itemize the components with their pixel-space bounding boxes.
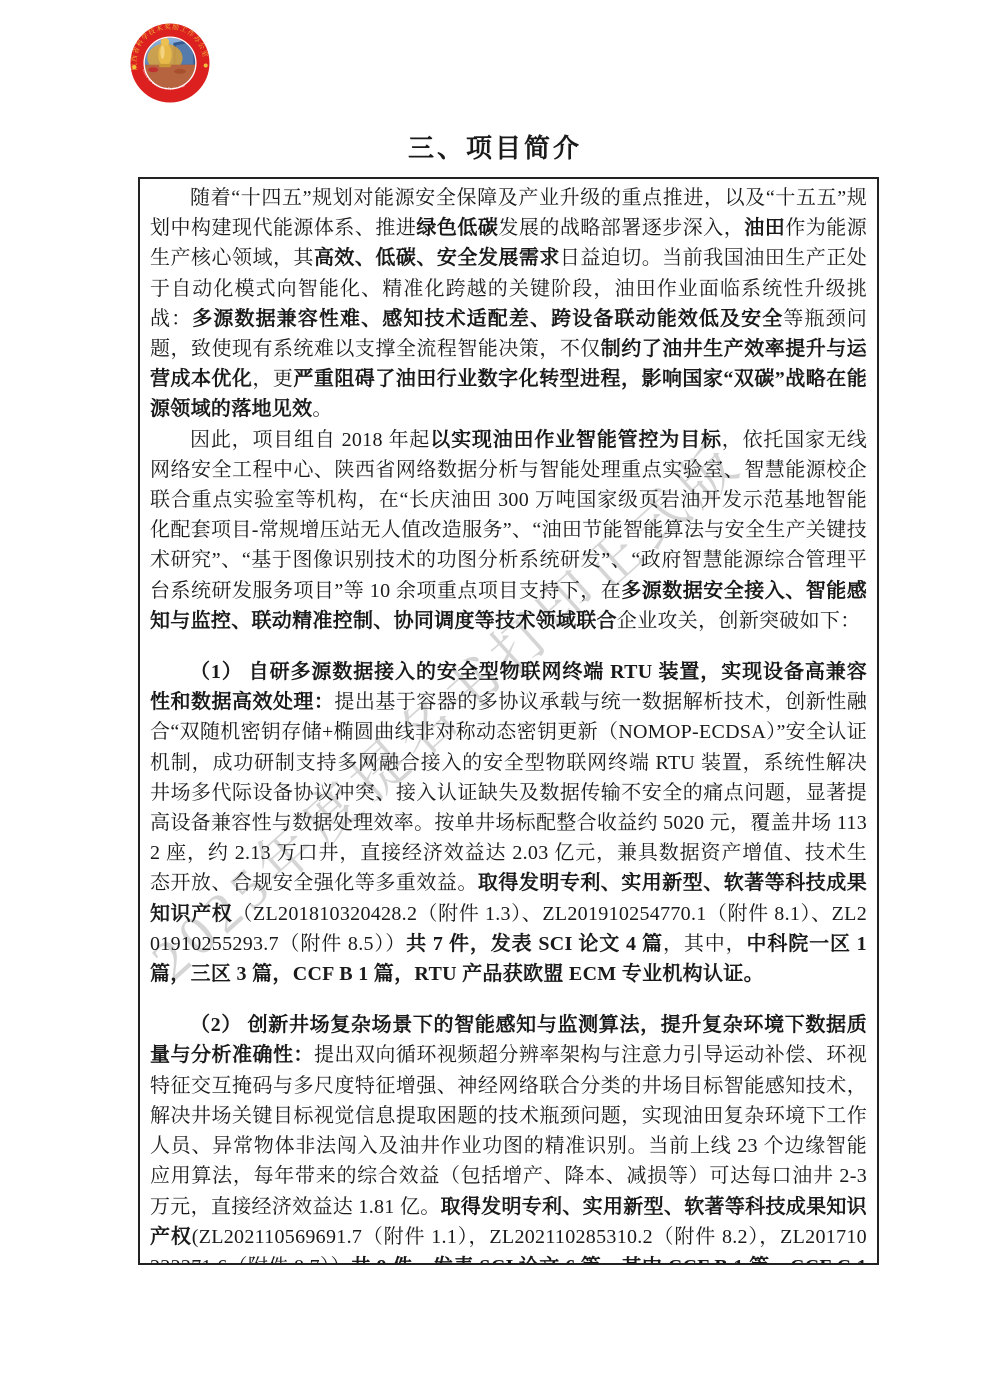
paragraph: （1） 自研多源数据接入的安全型物联网终端 RTU 装置，实现设备高兼容性和数据… [150,657,867,989]
section-title: 三、项目简介 [0,128,990,165]
body-text: 企业攻关，创新突破如下： [617,610,861,632]
paragraph: （2） 创新井场复杂场景下的智能感知与监测算法，提升复杂环境下数据质量与分析准确… [150,1010,867,1265]
document-page: 2025年度提名书打印正式版 [0,0,990,1399]
body-text: 。 [312,398,332,420]
emphasis-text: 高效、低碳、安全发展需求 [314,247,560,269]
emphasis-text: 油田 [744,217,785,239]
body-text: 发展的战略部署逐步深入， [498,217,744,239]
paragraph: 随着“十四五”规划对能源安全保障及产业升级的重点推进，以及“十五五”规划中构建现… [150,183,867,425]
emphasis-text: 以实现油田作业智能管控为目标 [430,429,722,451]
agency-seal-logo: 陕西省科学技术奖励工作办公室 Office Of Science & Techn… [128,20,212,106]
paragraph: 因此，项目组自 2018 年起以实现油田作业智能管控为目标，依托国家无线网络安全… [150,425,867,636]
body-text: 因此，项目组自 2018 年起 [190,429,430,451]
body-text: ，其中， [663,933,746,955]
seal-right-star [204,64,208,68]
content-box: 随着“十四五”规划对能源安全保障及产业升级的重点推进，以及“十五五”规划中构建现… [138,177,879,1265]
body-text: 提出基于容器的多协议承载与统一数据解析技术，创新性融合“双随机密钥存储+椭圆曲线… [150,691,867,894]
emphasis-text: 共 7 件，发表 SCI 论文 4 篇 [406,933,663,955]
emphasis-text: 绿色低碳 [416,217,498,239]
body-text: 提出双向循环视频超分辨率架构与注意力引导运动补偿、环视特征交互掩码与多尺度特征增… [150,1044,867,1217]
emphasis-text: 多源数据兼容性难、感知技术适配差、跨设备联动能效低及安全 [192,308,783,330]
body-text: ，依托国家无线网络安全工程中心、陕西省网络数据分析与智能处理重点实验室、智慧能源… [150,429,867,602]
body-text: ，更 [252,368,293,390]
